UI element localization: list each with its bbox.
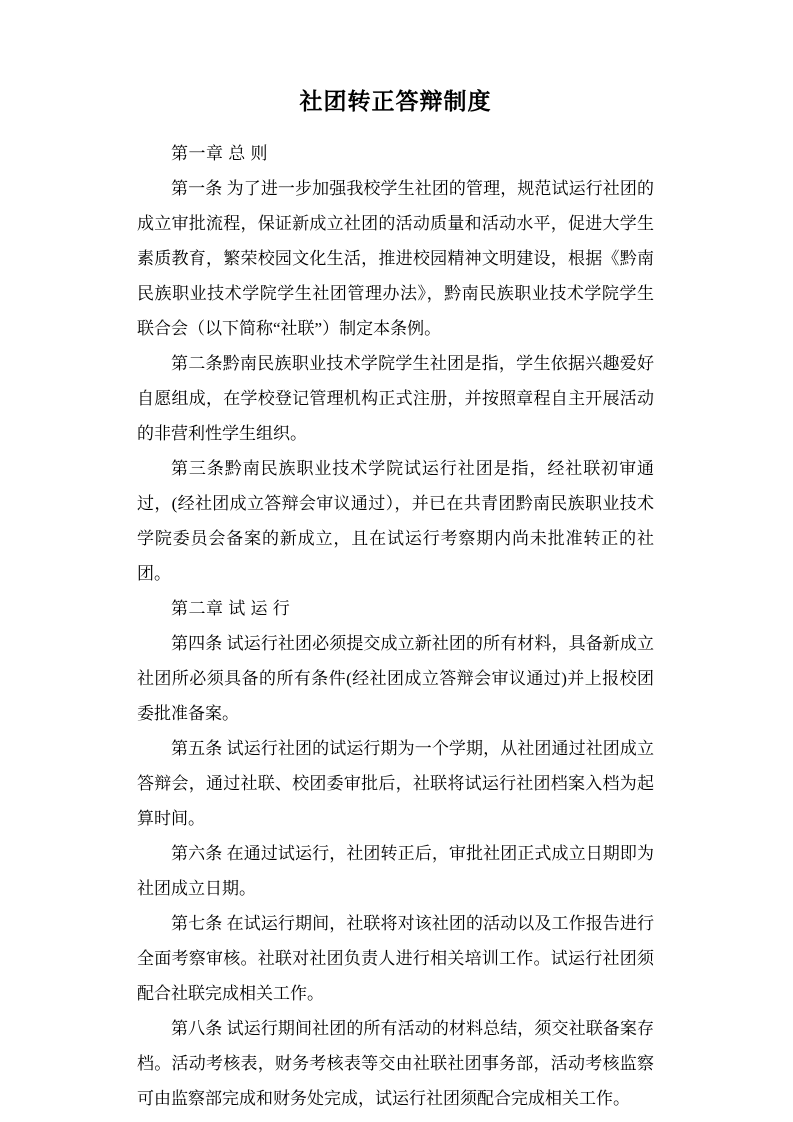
chapter-heading: 第一章 总 则 bbox=[137, 136, 654, 171]
paragraph: 第五条 试运行社团的试运行期为一个学期，从社团通过社团成立答辩会，通过社联、校团… bbox=[137, 731, 654, 836]
document-title: 社团转正答辩制度 bbox=[137, 86, 654, 118]
document-body: 第一章 总 则第一条 为了进一步加强我校学生社团的管理，规范试运行社团的成立审批… bbox=[137, 136, 654, 1116]
paragraph: 第三条黔南民族职业技术学院试运行社团是指，经社联初审通过，(经社团成立答辩会审议… bbox=[137, 451, 654, 591]
paragraph: 第八条 试运行期间社团的所有活动的材料总结，须交社联备案存档。活动考核表，财务考… bbox=[137, 1011, 654, 1116]
paragraph: 第四条 试运行社团必须提交成立新社团的所有材料，具备新成立社团所必须具备的所有条… bbox=[137, 626, 654, 731]
paragraph: 第二条黔南民族职业技术学院学生社团是指，学生依据兴趣爱好自愿组成，在学校登记管理… bbox=[137, 346, 654, 451]
document-page: 社团转正答辩制度 第一章 总 则第一条 为了进一步加强我校学生社团的管理，规范试… bbox=[0, 0, 793, 1122]
paragraph: 第七条 在试运行期间，社联将对该社团的活动以及工作报告进行全面考察审核。社联对社… bbox=[137, 906, 654, 1011]
paragraph: 第一条 为了进一步加强我校学生社团的管理，规范试运行社团的成立审批流程，保证新成… bbox=[137, 171, 654, 346]
chapter-heading: 第二章 试 运 行 bbox=[137, 591, 654, 626]
paragraph: 第六条 在通过试运行，社团转正后，审批社团正式成立日期即为社团成立日期。 bbox=[137, 836, 654, 906]
